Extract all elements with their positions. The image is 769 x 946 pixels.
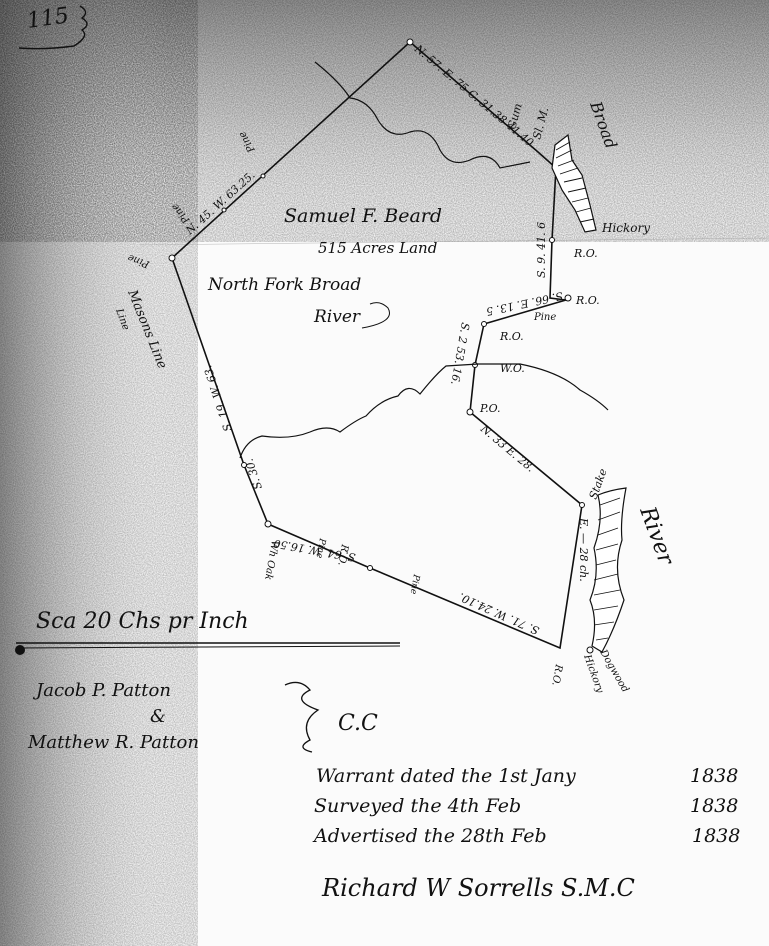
label-po: P.O.	[479, 402, 501, 415]
call-s: S. 71. W. 24.10.	[457, 590, 541, 637]
river-flourish	[362, 303, 390, 328]
label-pine-s: Pine	[408, 572, 422, 594]
label-ro-2: R.O.	[575, 294, 600, 307]
date-block: Warrant dated the 1st Jany 1838 Surveyed…	[312, 765, 740, 847]
call-ne: N. 57. E. 75 C. 31.38 41.40	[411, 42, 536, 150]
label-river: River	[634, 503, 679, 570]
call-w: S. 19. W. 63.	[201, 363, 235, 433]
date-surveyed-year: 1838	[690, 795, 738, 817]
scale-label: Sca 20 Chs pr Inch	[36, 609, 249, 634]
scale-line-bottom	[16, 646, 400, 648]
call-se: N. 33 E. 28.	[477, 422, 537, 475]
date-warrant-label: Warrant dated the 1st Jany	[316, 765, 576, 787]
call-e3: S. 2 53. 16.	[448, 321, 472, 385]
chain-carrier-2: Matthew R. Patton	[27, 732, 199, 753]
label-ro-s: R.O.	[549, 662, 564, 686]
surveyor-signature: Richard W Sorrells S.M.C	[321, 874, 635, 902]
chain-carrier-ampersand: &	[150, 706, 166, 727]
label-broad: Broad	[586, 98, 621, 151]
river-hatching-southeast	[590, 488, 626, 652]
date-warrant-year: 1838	[690, 765, 738, 787]
page-number: 115	[25, 3, 70, 34]
label-wh-oak: Wh Oak	[262, 539, 280, 580]
location-line-1: North Fork Broad	[207, 275, 361, 295]
label-hickory-ne: Hickory	[601, 221, 650, 235]
label-pine-top: Pine	[237, 129, 258, 155]
owner-name: Samuel F. Beard	[284, 205, 442, 227]
corner-markers	[169, 39, 593, 653]
location-line-2: River	[313, 307, 361, 327]
creek-middle	[240, 364, 608, 458]
date-surveyed-label: Surveyed the 4th Feb	[314, 795, 521, 817]
label-wo: W.O.	[500, 362, 525, 375]
survey-plat-page: 115	[0, 0, 769, 946]
label-ro-1: R.O.	[573, 247, 598, 260]
ink-blot	[15, 645, 25, 655]
date-advertised-year: 1838	[692, 825, 740, 847]
label-ro-3: R.O.	[499, 330, 524, 343]
call-e1: S. 9. 41. 6	[535, 222, 548, 278]
chain-carrier-brace	[285, 682, 318, 752]
label-pine-e: Pine	[533, 312, 556, 323]
call-river: E. — 28 ch.	[577, 517, 590, 582]
label-pine-nw: Pine	[126, 252, 152, 270]
label-masons-line: Masons Line	[124, 287, 170, 371]
river-hatching-northeast	[552, 135, 596, 232]
call-nw: N. 45. W. 63.25.	[183, 168, 258, 237]
chain-carrier-1: Jacob P. Patton	[32, 680, 171, 701]
label-sl-m: Sl. M.	[530, 106, 551, 141]
call-w2: S. 30.	[243, 457, 265, 491]
label-line-word: Line	[113, 306, 131, 332]
plat-drawing: 115	[0, 0, 769, 946]
date-advertised-label: Advertised the 28th Feb	[312, 825, 547, 847]
chain-carrier-role: C.C	[338, 711, 378, 736]
acreage: 515 Acres Land	[318, 239, 437, 257]
